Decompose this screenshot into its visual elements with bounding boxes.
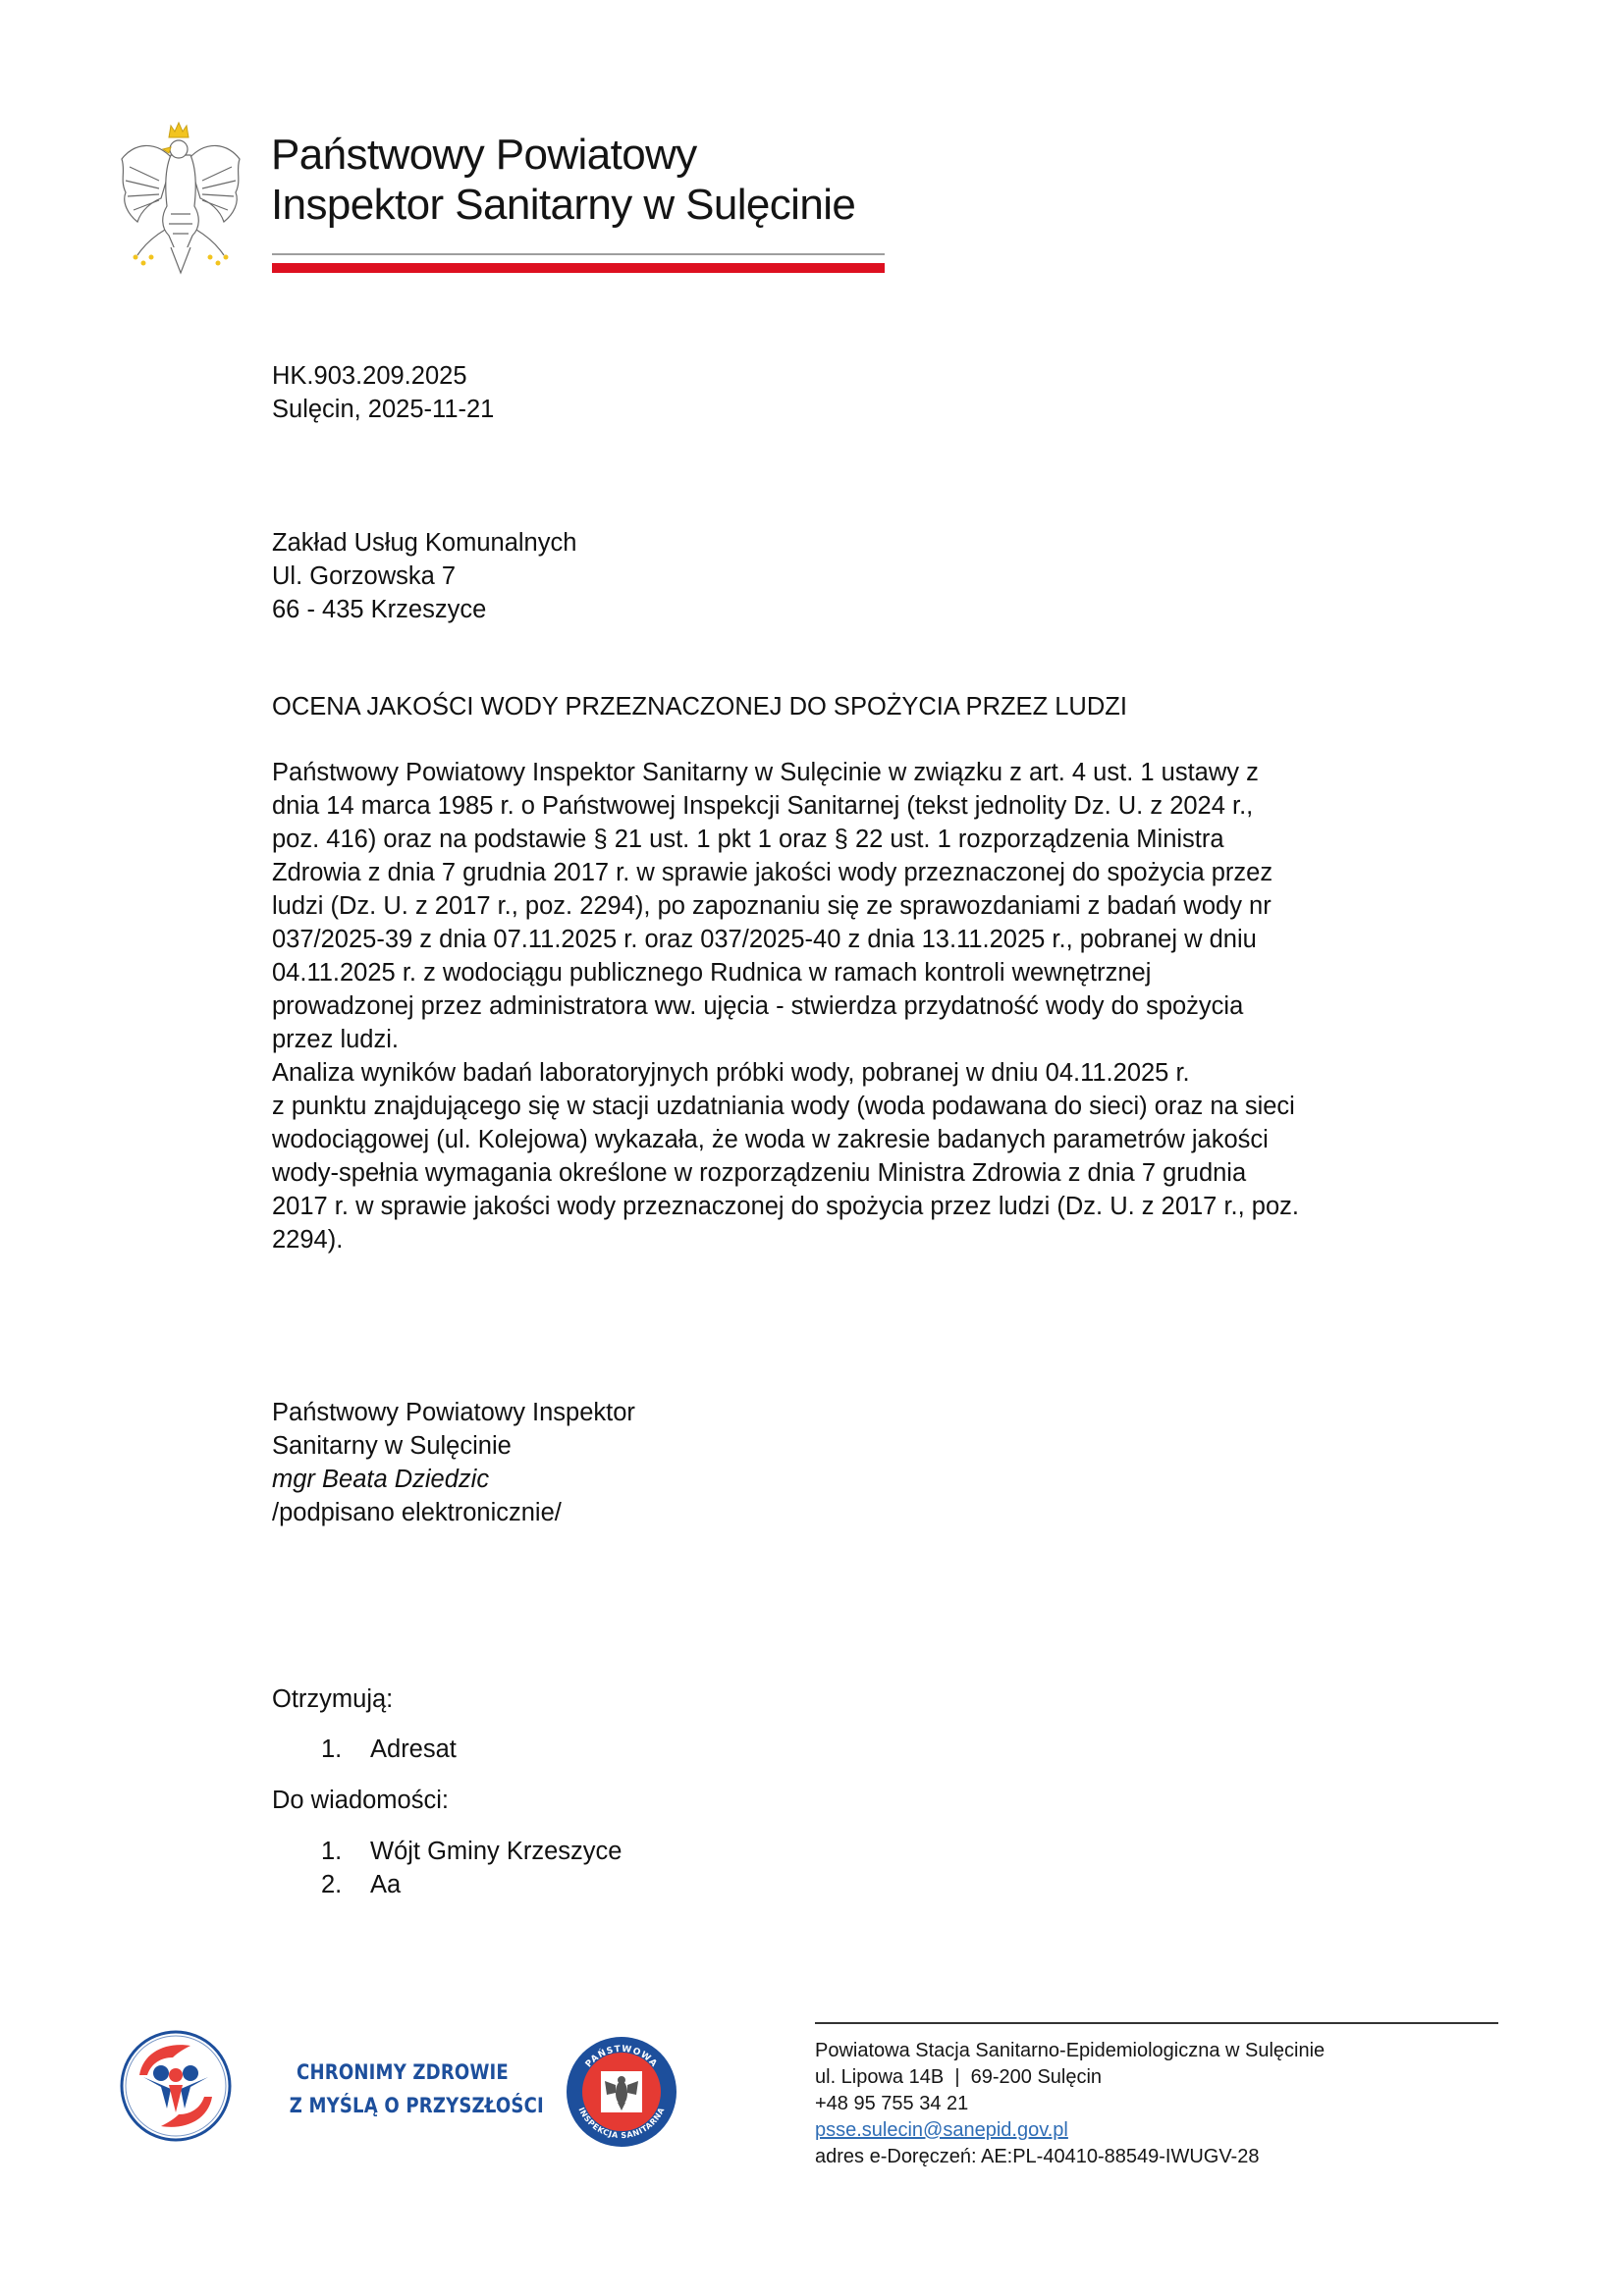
header-title-line: Inspektor Sanitarny w Sulęcinie (271, 180, 855, 230)
slogan-line: CHRONIMY ZDROWIE (290, 2056, 515, 2089)
list-number: 2. (321, 1868, 342, 1901)
body-line: przez ludzi. (272, 1023, 1299, 1056)
list-text: Wójt Gminy Krzeszyce (370, 1835, 622, 1868)
body-line: 037/2025-39 z dnia 07.11.2025 r. oraz 03… (272, 923, 1299, 956)
hands-people-logo-icon (118, 2028, 234, 2144)
document-body: Państwowy Powiatowy Inspektor Sanitarny … (272, 756, 1299, 1256)
list-number: 1. (321, 1835, 342, 1868)
document-title: OCENA JAKOŚCI WODY PRZEZNACZONEJ DO SPOŻ… (272, 690, 1127, 723)
institution-name: Powiatowa Stacja Sanitarno-Epidemiologic… (815, 2038, 1325, 2064)
list-text: Adresat (370, 1733, 457, 1766)
body-line: z punktu znajdującego się w stacji uzdat… (272, 1090, 1299, 1123)
header-title-line: Państwowy Powiatowy (271, 130, 855, 180)
body-line: wodociągowej (ul. Kolejowa) wykazała, że… (272, 1123, 1299, 1156)
eagle-emblem-icon (116, 120, 245, 275)
institution-address: ul. Lipowa 14B | 69-200 Sulęcin (815, 2064, 1325, 2091)
header-red-rule (272, 263, 885, 273)
footer-rule (815, 2022, 1498, 2024)
header-institution-title: Państwowy Powiatowy Inspektor Sanitarny … (271, 130, 855, 230)
addressee-line: Zakład Usług Komunalnych (272, 526, 576, 560)
signature-note: /podpisano elektronicznie/ (272, 1496, 635, 1529)
sanitary-inspection-seal-icon: PAŃSTWOWA INSPEKCJA SANITARNA (564, 2034, 679, 2150)
signatory-name: mgr Beata Dziedzic (272, 1463, 635, 1496)
footer-contact-block: Powiatowa Stacja Sanitarno-Epidemiologic… (815, 2038, 1325, 2170)
body-line: Analiza wyników badań laboratoryjnych pr… (272, 1056, 1299, 1090)
body-line: ludzi (Dz. U. z 2017 r., poz. 2294), po … (272, 889, 1299, 923)
footer-slogan: CHRONIMY ZDROWIE Z MYŚLĄ O PRZYSZŁOŚCI (290, 2056, 515, 2122)
place-date: Sulęcin, 2025-11-21 (272, 393, 494, 426)
body-line: 2294). (272, 1223, 1299, 1256)
reference-block: HK.903.209.2025 Sulęcin, 2025-11-21 (272, 359, 494, 426)
body-line: prowadzonej przez administratora ww. uję… (272, 989, 1299, 1023)
signature-block: Państwowy Powiatowy Inspektor Sanitarny … (272, 1396, 635, 1529)
addressee-block: Zakład Usług Komunalnych Ul. Gorzowska 7… (272, 526, 576, 626)
body-line: poz. 416) oraz na podstawie § 21 ust. 1 … (272, 823, 1299, 856)
body-line: Zdrowia z dnia 7 grudnia 2017 r. w spraw… (272, 856, 1299, 889)
body-line: wody-spełnia wymagania określone w rozpo… (272, 1156, 1299, 1190)
case-number: HK.903.209.2025 (272, 359, 494, 393)
recipients-label: Otrzymują: (272, 1682, 393, 1716)
signatory-title: Sanitarny w Sulęcinie (272, 1429, 635, 1463)
body-line: Państwowy Powiatowy Inspektor Sanitarny … (272, 756, 1299, 789)
body-line: 2017 r. w sprawie jakości wody przeznacz… (272, 1190, 1299, 1223)
slogan-line: Z MYŚLĄ O PRZYSZŁOŚCI (290, 2089, 515, 2122)
list-number: 1. (321, 1733, 342, 1766)
e-delivery-address: adres e-Doręczeń: AE:PL-40410-88549-IWUG… (815, 2144, 1325, 2170)
body-line: dnia 14 marca 1985 r. o Państwowej Inspe… (272, 789, 1299, 823)
addressee-line: 66 - 435 Krzeszyce (272, 593, 576, 626)
body-line: 04.11.2025 r. z wodociągu publicznego Ru… (272, 956, 1299, 989)
cc-label: Do wiadomości: (272, 1784, 449, 1817)
addressee-line: Ul. Gorzowska 7 (272, 560, 576, 593)
institution-phone: +48 95 755 34 21 (815, 2091, 1325, 2117)
signatory-title: Państwowy Powiatowy Inspektor (272, 1396, 635, 1429)
list-text: Aa (370, 1868, 401, 1901)
header-gray-rule (272, 253, 885, 255)
email-link[interactable]: psse.sulecin@sanepid.gov.pl (815, 2119, 1068, 2141)
